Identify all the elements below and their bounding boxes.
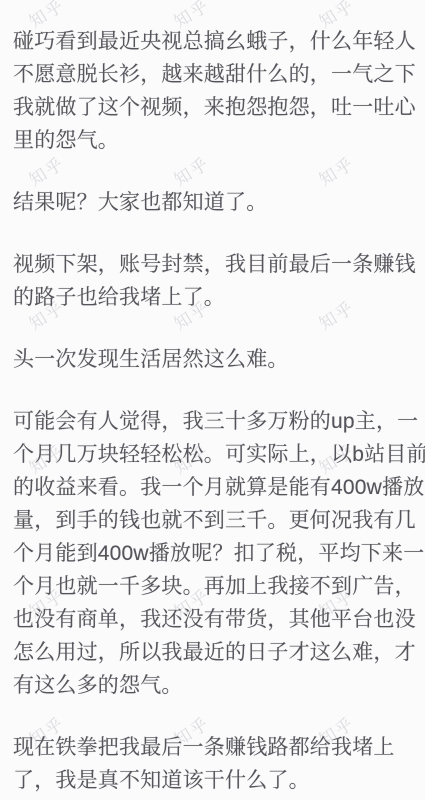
text-line: 可能会有人觉得，我三十多万粉的up主，一	[13, 405, 412, 438]
screenshot-text-post: 知乎知乎知乎知乎知乎知乎知乎知乎知乎知乎知乎知乎知乎知乎知乎知乎知乎知乎 碰巧看…	[0, 0, 425, 800]
text-line: 个月几万块轻轻松松。可实际上，以b站目前	[13, 438, 412, 471]
text-line: 我就做了这个视频，来抱怨抱怨，吐一吐心	[13, 91, 412, 124]
text-line: 结果呢？大家也都知道了。	[13, 186, 412, 219]
text-line: 现在铁拳把我最后一条赚钱路都给我堵上	[13, 731, 412, 764]
text-line: 个月能到400w播放呢？扣了税，平均下来一	[13, 537, 412, 570]
text-line: 了，我是真不知道该干什么了。	[13, 764, 412, 797]
text-line: 视频下架，账号封禁，我目前最后一条赚钱	[13, 248, 412, 281]
text-line: 有这么多的怨气。	[13, 669, 412, 702]
paragraph: 可能会有人觉得，我三十多万粉的up主，一 个月几万块轻轻松松。可实际上，以b站目…	[13, 405, 412, 702]
text-line: 的路子也给我堵上了。	[13, 281, 412, 314]
paragraph: 碰巧看到最近央视总搞幺蛾子，什么年轻人 不愿意脱长衫，越来越甜什么的，一气之下 …	[13, 25, 412, 157]
post-body-text: 碰巧看到最近央视总搞幺蛾子，什么年轻人 不愿意脱长衫，越来越甜什么的，一气之下 …	[0, 0, 425, 797]
text-line: 的收益来看。我一个月就算是能有400w播放	[13, 471, 412, 504]
text-line: 碰巧看到最近央视总搞幺蛾子，什么年轻人	[13, 25, 412, 58]
text-line: 里的怨气。	[13, 124, 412, 157]
text-line: 怎么用过，所以我最近的日子才这么难，才	[13, 636, 412, 669]
text-line: 个月也就一千多块。再加上我接不到广告，	[13, 570, 412, 603]
paragraph: 结果呢？大家也都知道了。	[13, 186, 412, 219]
text-line: 也没有商单，我还没有带货，其他平台也没	[13, 603, 412, 636]
text-line: 不愿意脱长衫，越来越甜什么的，一气之下	[13, 58, 412, 91]
paragraph: 视频下架，账号封禁，我目前最后一条赚钱 的路子也给我堵上了。	[13, 248, 412, 314]
paragraph: 现在铁拳把我最后一条赚钱路都给我堵上 了，我是真不知道该干什么了。	[13, 731, 412, 797]
text-line: 头一次发现生活居然这么难。	[13, 343, 412, 376]
text-line: 量，到手的钱也就不到三千。更何况我有几	[13, 504, 412, 537]
paragraph: 头一次发现生活居然这么难。	[13, 343, 412, 376]
